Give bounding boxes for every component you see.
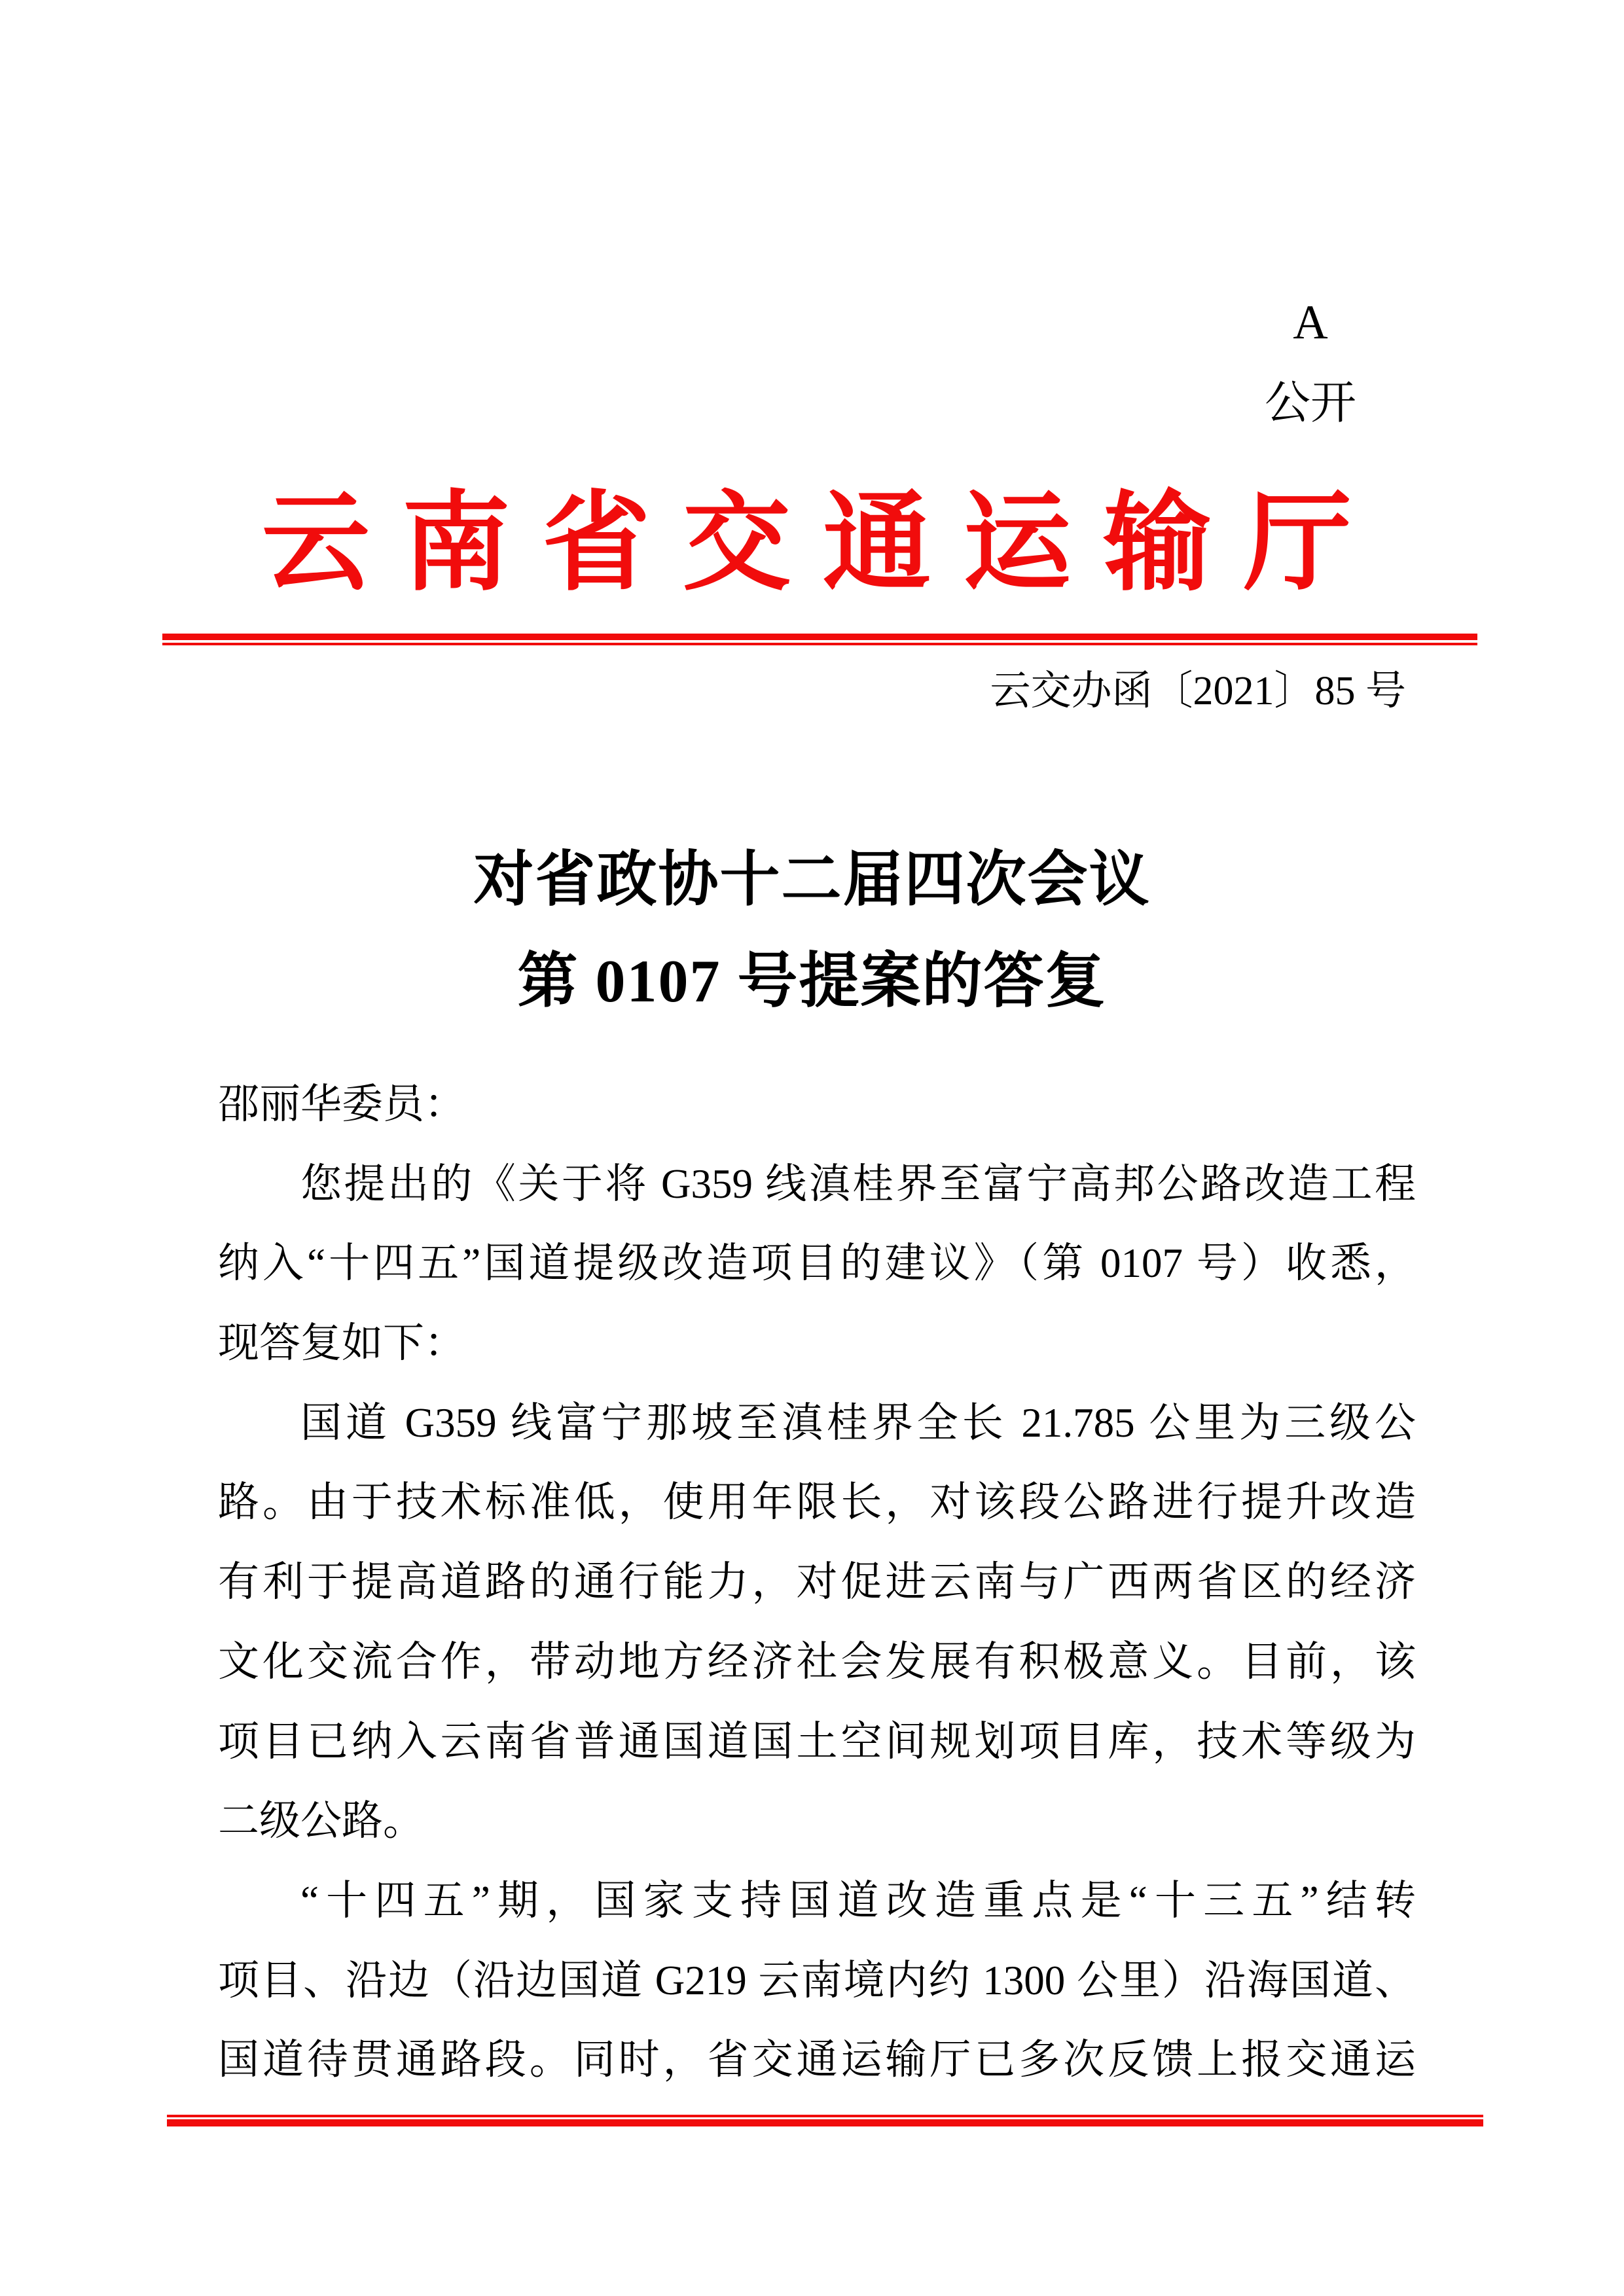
agency-title-char: 省 <box>543 490 651 598</box>
body-line: 国道待贯通路段。同时，省交通运输厅已多次反馈上报交通运 <box>218 2020 1416 2100</box>
body-line: 项目已纳入云南省普通国道国土空间规划项目库，技术等级为 <box>218 1702 1416 1782</box>
body-line: 文化交流合作，带动地方经济社会发展有积极意义。目前，该 <box>218 1623 1416 1702</box>
document-title-line2: 第 0107 号提案的答复 <box>0 931 1624 1032</box>
agency-title-char: 厅 <box>1244 490 1352 598</box>
agency-letterhead-title: 云南省交通运输厅 <box>262 490 1352 598</box>
body-line: 现答复如下： <box>218 1304 1416 1384</box>
agency-title-char: 输 <box>1104 490 1212 598</box>
footer-rule-thin <box>167 2115 1483 2117</box>
document-page: A 公开 云南省交通运输厅 云交办函〔2021〕85 号 对省政协十二届四次会议… <box>0 0 1624 2296</box>
agency-title-char: 云 <box>262 490 370 598</box>
security-classification: A 公开 <box>1199 298 1422 427</box>
letter-body: 邵丽华委员：您提出的《关于将 G359 线滇桂界至富宁高邦公路改造工程纳入“十四… <box>218 1065 1416 2100</box>
body-line: 项目、沿边（沿边国道 G219 云南境内约 1300 公里）沿海国道、 <box>218 1941 1416 2021</box>
agency-title-char: 交 <box>683 490 791 598</box>
body-line: 您提出的《关于将 G359 线滇桂界至富宁高邦公路改造工程 <box>218 1145 1416 1225</box>
document-title-line1: 对省政协十二届四次会议 <box>0 829 1624 931</box>
body-line: 有利于提高道路的通行能力，对促进云南与广西两省区的经济 <box>218 1543 1416 1623</box>
agency-title-char: 南 <box>402 490 510 598</box>
body-line: 二级公路。 <box>218 1782 1416 1861</box>
footer-rule-thick <box>167 2119 1483 2126</box>
header-rule-thin <box>162 643 1477 645</box>
body-line: “十四五”期，国家支持国道改造重点是“十三五”结转 <box>218 1861 1416 1941</box>
agency-title-char: 运 <box>963 490 1071 598</box>
document-number: 云交办函〔2021〕85 号 <box>990 665 1406 717</box>
document-title: 对省政协十二届四次会议 第 0107 号提案的答复 <box>0 829 1624 1032</box>
agency-title-char: 通 <box>823 490 931 598</box>
security-grade: A <box>1199 298 1422 347</box>
body-line: 国道 G359 线富宁那坡至滇桂界全长 21.785 公里为三级公 <box>218 1384 1416 1463</box>
body-line: 邵丽华委员： <box>218 1065 1416 1145</box>
body-line: 纳入“十四五”国道提级改造项目的建议》（第 0107 号）收悉， <box>218 1224 1416 1304</box>
body-line: 路。由于技术标准低，使用年限长，对该段公路进行提升改造 <box>218 1463 1416 1543</box>
publicity-label: 公开 <box>1199 381 1422 427</box>
header-rule-thick <box>162 634 1477 640</box>
